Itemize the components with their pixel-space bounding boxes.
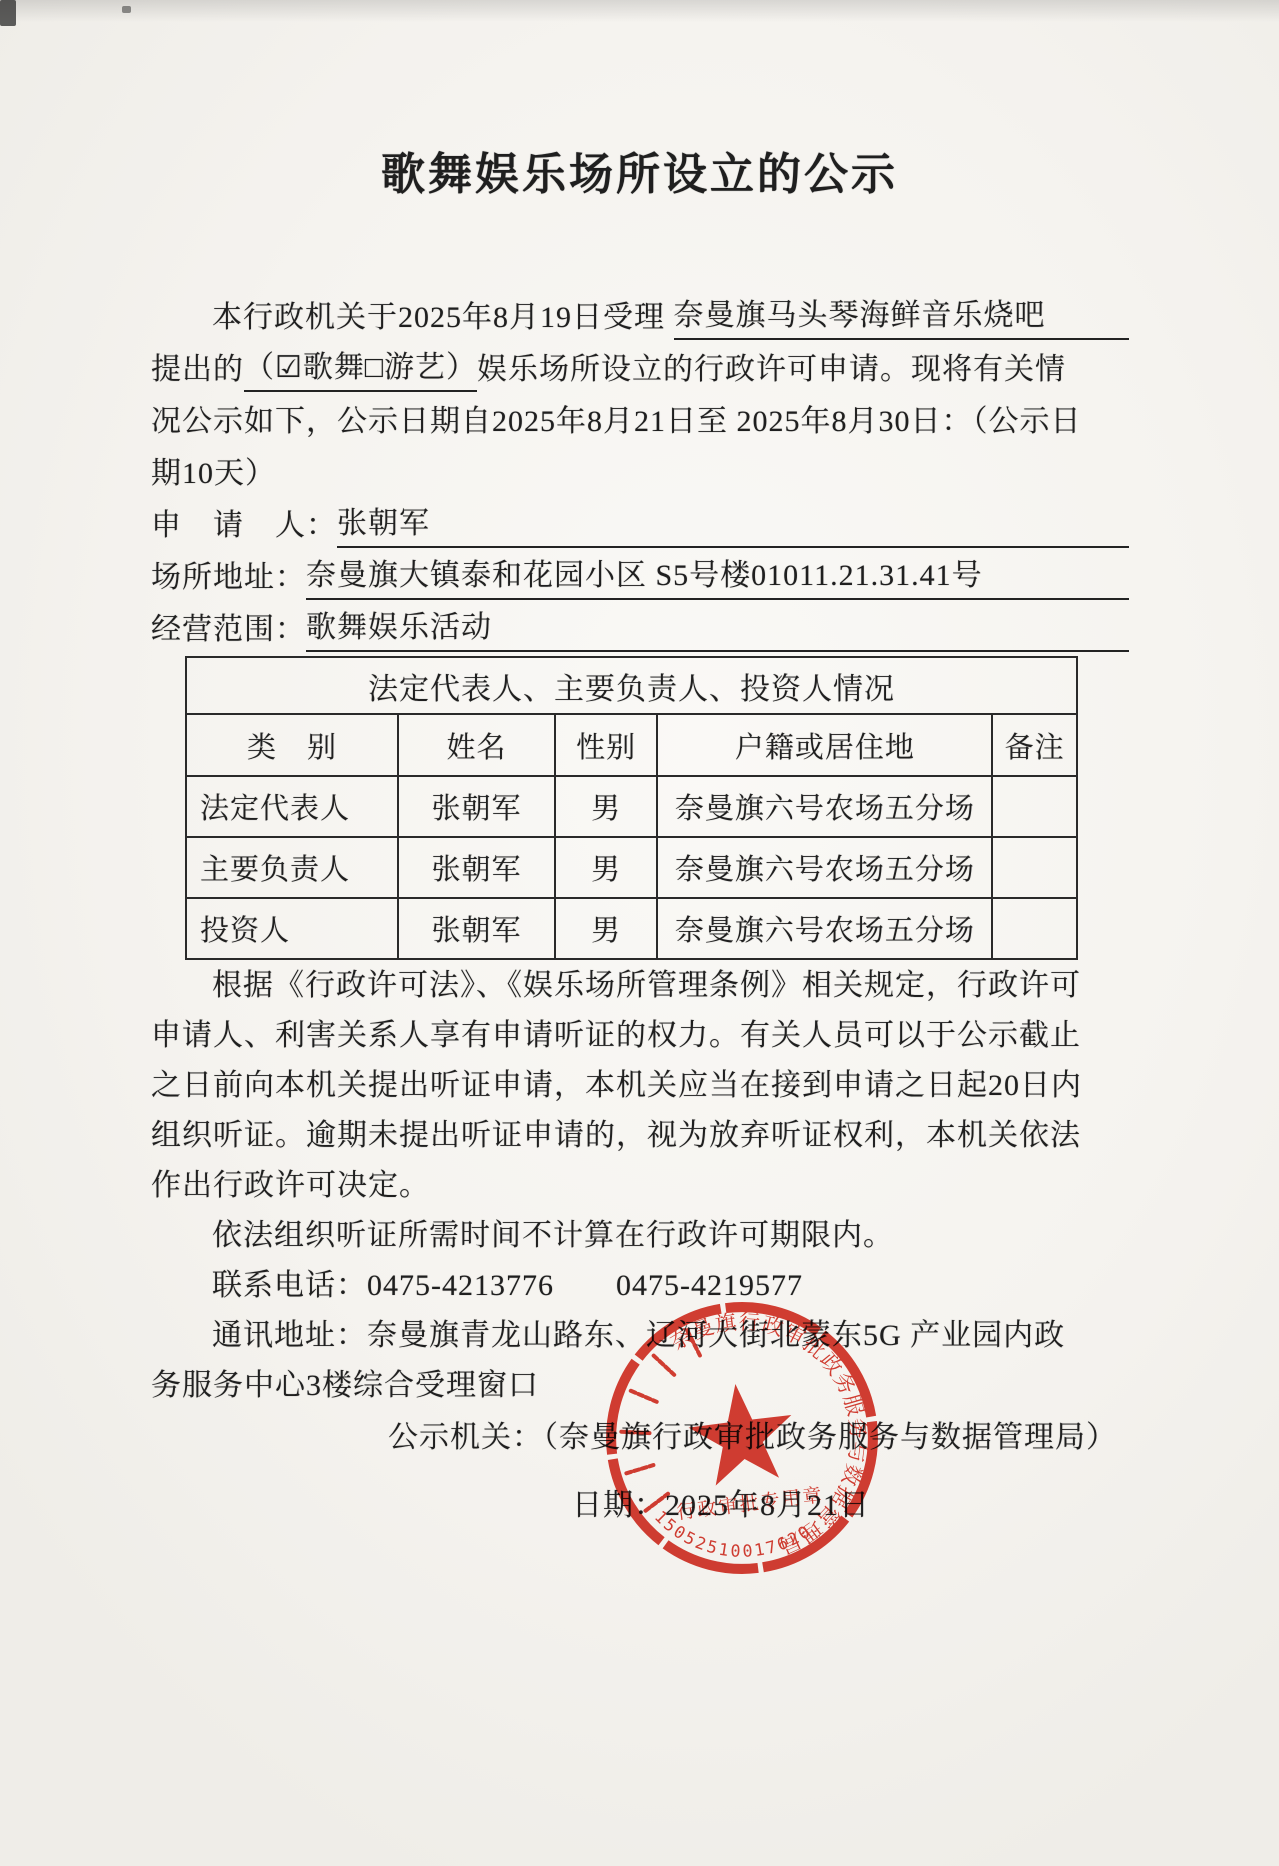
table-cell: 张朝军 (398, 837, 555, 898)
seal-ring-text: 奈曼旗行政审批政务服务与数据管理局 (664, 1295, 884, 1569)
intro-paragraph: 本行政机关于2025年8月19日受理 奈曼旗马头琴海鲜音乐烧吧提出的（☑歌舞□游… (151, 288, 1129, 652)
table-cell: 男 (555, 776, 657, 837)
table-row: 主要负责人张朝军男奈曼旗六号农场五分场 (186, 837, 1077, 898)
text-segment: 根据《行政许可法》、《娱乐场所管理条例》相关规定，行政许可 (212, 960, 1081, 1008)
text-segment: 经营范围： (151, 604, 306, 652)
text-segment: 之日前向本机关提出听证申请，本机关应当在接到申请之日起20日内 (151, 1060, 1082, 1108)
underlined-text: 奈曼旗大镇泰和花园小区 S5号楼01011.21.31.41号 (306, 550, 983, 600)
table-cell: 男 (555, 898, 657, 959)
column-header: 备注 (992, 714, 1077, 776)
body-line: 根据《行政许可法》、《娱乐场所管理条例》相关规定，行政许可 (151, 958, 1129, 1008)
text-segment: 提出的 (151, 344, 244, 392)
table-cell: 张朝军 (398, 776, 555, 837)
column-header: 类 别 (186, 714, 398, 776)
table-cell: 奈曼旗六号农场五分场 (657, 898, 992, 959)
column-header: 性别 (555, 714, 657, 776)
text-segment: 依法组织听证所需时间不计算在行政许可期限内。 (212, 1210, 894, 1258)
underlined-text: 张朝军 (337, 498, 430, 548)
text-segment: 本行政机关于2025年8月19日受理 (212, 292, 674, 340)
body-line: 申请人、利害关系人享有申请听证的权力。有关人员可以于公示截止 (151, 1008, 1129, 1058)
body-line: 提出的（☑歌舞□游艺）娱乐场所设立的行政许可申请。现将有关情 (151, 340, 1129, 392)
table-cell: 法定代表人 (186, 776, 398, 837)
body-line: 作出行政许可决定。 (151, 1158, 1129, 1208)
body-line: 经营范围：歌舞娱乐活动 (151, 600, 1129, 652)
seal-inner-label: 行政审批专用章 (675, 1484, 825, 1524)
text-segment: 娱乐场所设立的行政许可申请。现将有关情 (477, 344, 1066, 392)
underline-fill (492, 646, 1129, 652)
document-title: 歌舞娱乐场所设立的公示 (0, 138, 1279, 202)
info-table: 法定代表人、主要负责人、投资人情况 类 别姓名性别户籍或居住地备注法定代表人张朝… (185, 656, 1078, 960)
table-cell: 张朝军 (398, 898, 555, 959)
text-segment: 务服务中心3楼综合受理窗口 (151, 1360, 539, 1408)
underline-fill (1046, 334, 1130, 340)
table-caption: 法定代表人、主要负责人、投资人情况 (186, 657, 1077, 714)
underlined-text: （☑歌舞□游艺） (244, 342, 477, 392)
table-cell (992, 776, 1077, 837)
body-line: 组织听证。逾期未提出听证申请的，视为放弃听证权利，本机关依法 (151, 1108, 1129, 1158)
underlined-text: 奈曼旗马头琴海鲜音乐烧吧 (674, 290, 1046, 340)
text-segment: 申 请 人： (151, 500, 337, 548)
column-header: 姓名 (398, 714, 555, 776)
text-segment: 况公示如下，公示日期自2025年8月21日至 2025年8月30日：（公示日 (151, 396, 1082, 444)
table-cell (992, 898, 1077, 959)
seal-mongolian-script (610, 1329, 718, 1512)
text-segment: 作出行政许可决定。 (151, 1160, 430, 1208)
body-line: 之日前向本机关提出听证申请，本机关应当在接到申请之日起20日内 (151, 1058, 1129, 1108)
text-segment: 组织听证。逾期未提出听证申请的，视为放弃听证权利，本机关依法 (151, 1110, 1081, 1158)
body-line: 依法组织听证所需时间不计算在行政许可期限内。 (151, 1208, 1129, 1258)
seal-star (684, 1378, 799, 1488)
column-header: 户籍或居住地 (657, 714, 992, 776)
text-segment: 场所地址： (151, 552, 306, 600)
table-cell: 投资人 (186, 898, 398, 959)
official-seal-stamp: 奈曼旗行政审批政务服务与数据管理局 行政审批专用章 15052510017620 (599, 1295, 885, 1581)
table-row: 投资人张朝军男奈曼旗六号农场五分场 (186, 898, 1077, 959)
body-line: 期10天） (151, 444, 1129, 496)
scan-artifact (0, 0, 16, 26)
body-line: 本行政机关于2025年8月19日受理 奈曼旗马头琴海鲜音乐烧吧 (151, 288, 1129, 340)
table-cell: 主要负责人 (186, 837, 398, 898)
body-line: 申 请 人：张朝军 (151, 496, 1129, 548)
table-cell: 奈曼旗六号农场五分场 (657, 837, 992, 898)
table-cell (992, 837, 1077, 898)
scan-artifact (122, 6, 131, 13)
underline-fill (430, 542, 1129, 548)
table-header-row: 类 别姓名性别户籍或居住地备注 (186, 714, 1077, 776)
text-segment: 申请人、利害关系人享有申请听证的权力。有关人员可以于公示截止 (151, 1010, 1081, 1058)
underline-fill (983, 594, 1129, 600)
body-line: 况公示如下，公示日期自2025年8月21日至 2025年8月30日：（公示日 (151, 392, 1129, 444)
table-cell: 奈曼旗六号农场五分场 (657, 776, 992, 837)
table-row: 法定代表人张朝军男奈曼旗六号农场五分场 (186, 776, 1077, 837)
text-segment: 期10天） (151, 448, 276, 496)
table-caption-row: 法定代表人、主要负责人、投资人情况 (186, 657, 1077, 714)
table-cell: 男 (555, 837, 657, 898)
body-line: 场所地址：奈曼旗大镇泰和花园小区 S5号楼01011.21.31.41号 (151, 548, 1129, 600)
scanned-notice-page: 歌舞娱乐场所设立的公示 本行政机关于2025年8月19日受理 奈曼旗马头琴海鲜音… (0, 0, 1279, 1866)
underlined-text: 歌舞娱乐活动 (306, 602, 492, 652)
